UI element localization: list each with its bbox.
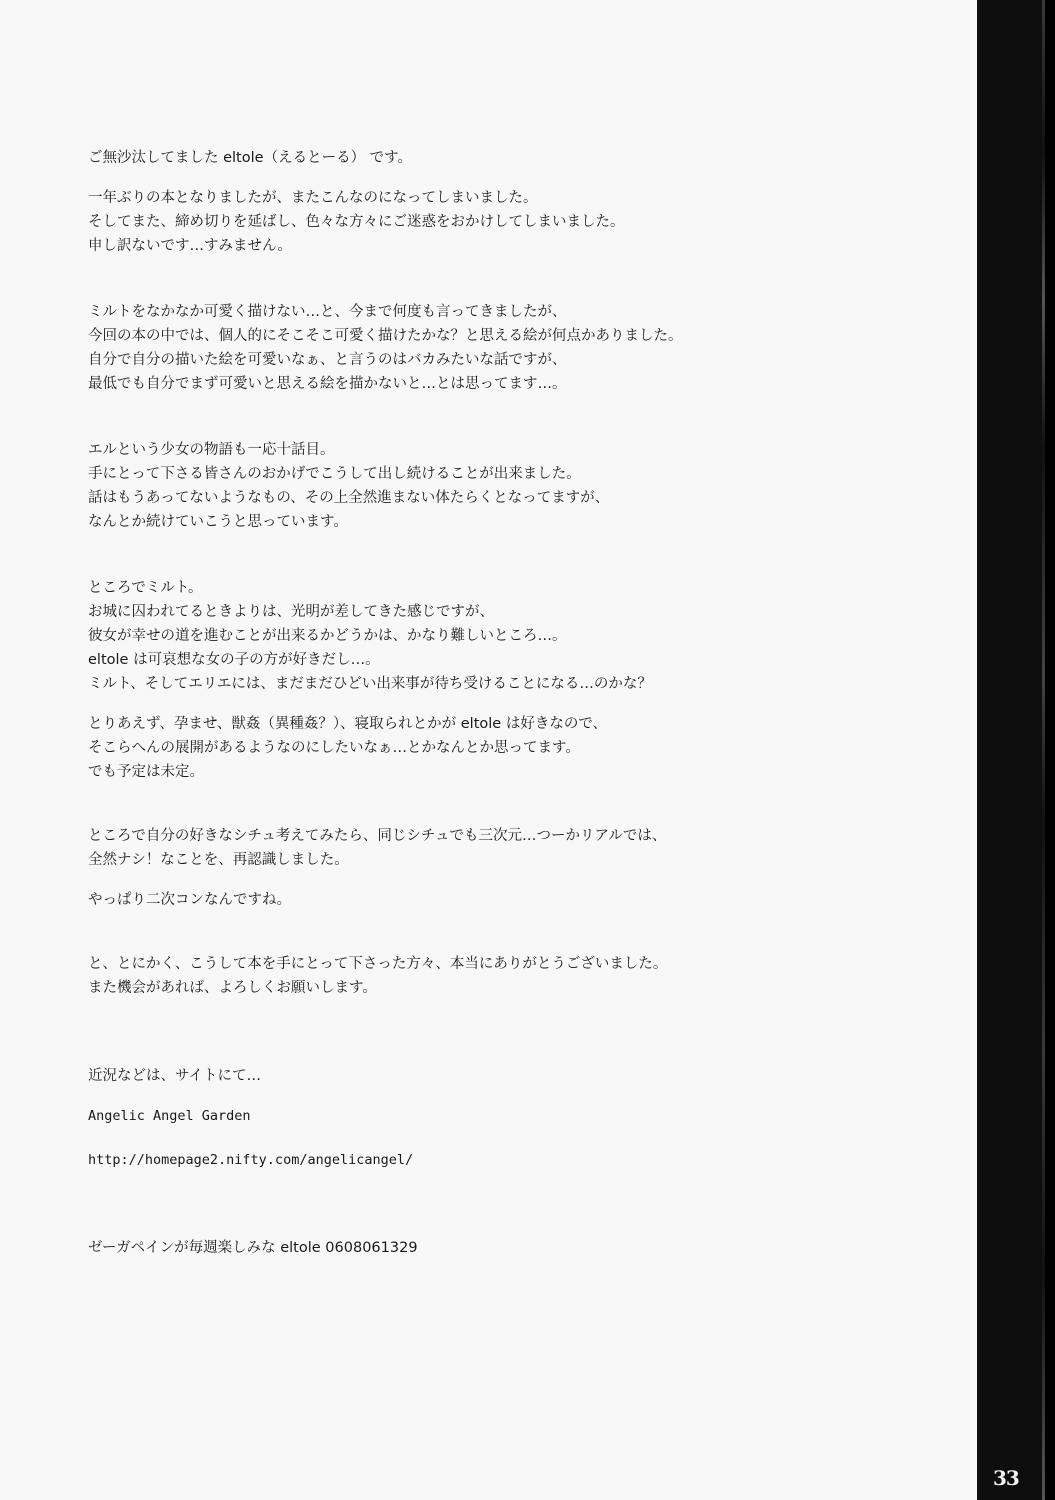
site-url: http://homepage2.nifty.com/angelicangel/ (88, 1150, 413, 1170)
text-line: ミルトをなかなか可愛く描けない…と、今まで何度も言ってきましたが、 (88, 302, 567, 322)
page-number: 33 (993, 1466, 1033, 1490)
signature: ゼーガペインが毎週楽しみな eltole 0608061329 (88, 1238, 418, 1258)
text-line: 申し訳ないです…すみません。 (88, 236, 292, 256)
text-line: 最低でも自分でまず可愛いと思える絵を描かないと…とは思ってます…。 (88, 374, 567, 394)
text-line: そこらへんの展開があるようなのにしたいなぁ…とかなんとか思ってます。 (88, 738, 580, 758)
text-line: 話はもうあってないようなもの、その上全然進まない体たらくとなってますが、 (88, 488, 609, 508)
site-name: Angelic Angel Garden (88, 1106, 251, 1126)
text-line: とりあえず、孕ませ、獣姦（異種姦？）、寝取られとかが eltole は好きなので… (88, 714, 607, 734)
text-line: eltole は可哀想な女の子の方が好きだし…。 (88, 650, 380, 670)
text-line: 彼女が幸せの道を進むことが出来るかどうかは、かなり難しいところ…。 (88, 626, 567, 646)
edge-shadow (1045, 0, 1055, 1500)
text-line: そしてまた、締め切りを延ばし、色々な方々にご迷惑をおかけしてしまいました。 (88, 212, 625, 232)
text-line: なんとか続けていこうと思っています。 (88, 512, 348, 532)
text-line: 全然ナシ！なことを、再認識しました。 (88, 850, 349, 870)
text-line: ところでミルト。 (88, 578, 203, 598)
text-line: お城に囚われてるときよりは、光明が差してきた感じですが、 (88, 602, 494, 622)
text-line: 今回の本の中では、個人的にそこそこ可愛く描けたかな？と思える絵が何点かありました… (88, 326, 683, 346)
text-line: ご無沙汰してました eltole（えるとーる） です。 (88, 148, 412, 168)
text-line: ところで自分の好きなシチュ考えてみたら、同じシチュでも三次元…つーかリアルでは、 (88, 826, 666, 846)
text-line: やっぱり二次コンなんですね。 (88, 890, 291, 910)
text-line: また機会があれば、よろしくお願いします。 (88, 978, 377, 998)
document-page: ご無沙汰してました eltole（えるとーる） です。 一年ぶりの本となりました… (0, 0, 978, 1500)
text-line: でも予定は未定。 (88, 762, 204, 782)
text-line: 自分で自分の描いた絵を可愛いなぁ、と言うのはバカみたいな話ですが、 (88, 350, 567, 370)
text-line: エルという少女の物語も一応十話目。 (88, 440, 335, 460)
text-line: と、とにかく、こうして本を手にとって下さった方々、本当にありがとうございました。 (88, 954, 667, 974)
text-line: ミルト、そしてエリエには、まだまだひどい出来事が待ち受けることになる…のかな？ (88, 674, 652, 694)
text-line: 近況などは、サイトにて… (88, 1066, 261, 1086)
text-line: 一年ぶりの本となりましたが、またこんなのになってしまいました。 (88, 188, 538, 208)
text-line: 手にとって下さる皆さんのおかげでこうして出し続けることが出来ました。 (88, 464, 581, 484)
page-edge-bar (977, 0, 1055, 1500)
